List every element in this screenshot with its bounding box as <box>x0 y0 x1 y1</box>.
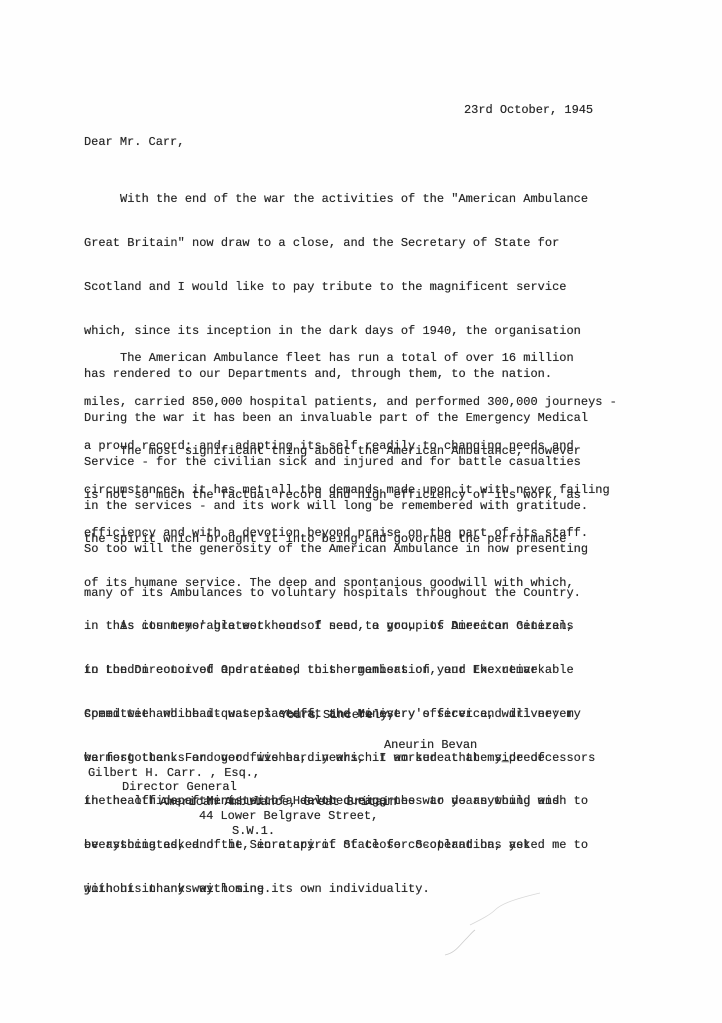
letter-date: 23rd October, 1945 <box>464 103 593 118</box>
paragraph-4: As its memorable work ends I send to you… <box>84 590 644 926</box>
recipient-organisation: American Ambulance, Great Britain <box>160 795 397 810</box>
recipient-district: S.W.1. <box>232 824 275 839</box>
paragraph-line: With the end of the war the activities o… <box>84 192 644 207</box>
paragraph-line: to the Director of Operations, to the me… <box>84 663 644 678</box>
paper-crease-mark <box>440 885 550 965</box>
salutation: Dear Mr. Carr, <box>84 135 184 150</box>
paragraph-line: the spirit which brought it into being a… <box>84 532 644 547</box>
signature-name: Aneurin Bevan <box>384 738 477 753</box>
paragraph-line: of its humane service. The deep and spon… <box>84 576 644 591</box>
recipient-title: Director General <box>122 780 237 795</box>
paragraph-line: The American Ambulance fleet has run a t… <box>84 351 644 366</box>
letter-page: 23rd October, 1945 Dear Mr. Carr, With t… <box>0 0 722 1023</box>
paragraph-line: join his thanks with mine. <box>84 882 644 897</box>
closing: Yours Sincerely, <box>280 708 395 723</box>
paragraph-line: be associated, and the Secretary of Stat… <box>84 838 644 853</box>
paragraph-line: miles, carried 850,000 hospital patients… <box>84 395 644 410</box>
paragraph-line: The most significant thing about the Ame… <box>84 444 644 459</box>
recipient-street: 44 Lower Belgrave Street, <box>199 809 378 824</box>
paragraph-line: is not so much the factual record and hi… <box>84 488 644 503</box>
paragraph-line: As its memorable work ends I send to you… <box>84 619 644 634</box>
paragraph-line: warmest thanks and good wishes, in which… <box>84 751 644 766</box>
paragraph-line: Scotland and I would like to pay tribute… <box>84 280 644 295</box>
recipient-name: Gilbert H. Carr. , Esq., <box>88 766 260 781</box>
paragraph-line: Great Britain" now draw to a close, and … <box>84 236 644 251</box>
